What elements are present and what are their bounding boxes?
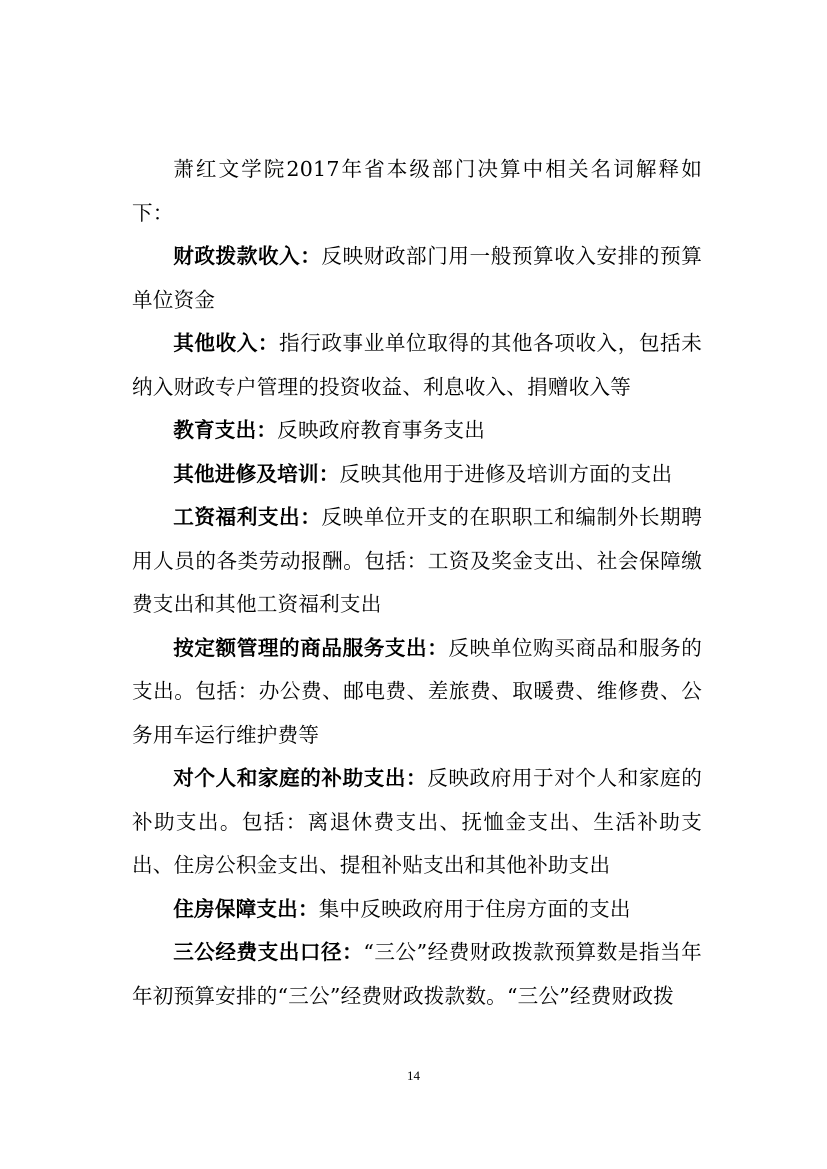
definition-term: 其他收入： [173,331,279,355]
definition-other-training: 其他进修及培训：反映其他用于进修及培训方面的支出 [132,453,702,497]
intro-paragraph: 萧红文学院2017年省本级部门决算中相关名词解释如下： [132,148,702,235]
definition-fiscal-appropriation-income: 财政拨款收入：反映财政部门用一般预算收入安排的预算单位资金 [132,235,702,322]
definition-term: 教育支出： [173,418,277,442]
definition-housing-security: 住房保障支出：集中反映政府用于住房方面的支出 [132,888,702,932]
definition-text: 集中反映政府用于住房方面的支出 [319,897,631,921]
definition-term: 对个人和家庭的补助支出： [173,766,427,790]
definition-term: 住房保障支出： [173,897,319,921]
definition-text: 反映其他用于进修及培训方面的支出 [340,462,673,486]
definition-goods-services: 按定额管理的商品服务支出：反映单位购买商品和服务的支出。包括：办公费、邮电费、差… [132,627,702,758]
definition-wages-welfare: 工资福利支出：反映单位开支的在职职工和编制外长期聘用人员的各类劳动报酬。包括：工… [132,496,702,627]
definition-term: 三公经费支出口径： [173,940,363,964]
definition-education-expenditure: 教育支出：反映政府教育事务支出 [132,409,702,453]
definition-term: 财政拨款收入： [173,244,321,268]
definition-term: 按定额管理的商品服务支出： [173,636,448,660]
document-body: 萧红文学院2017年省本级部门决算中相关名词解释如下： 财政拨款收入：反映财政部… [132,148,702,1018]
page-number: 14 [0,1068,827,1084]
definition-term: 其他进修及培训： [173,462,339,486]
definition-other-income: 其他收入：指行政事业单位取得的其他各项收入，包括未纳入财政专户管理的投资收益、利… [132,322,702,409]
definition-three-public-expenses: 三公经费支出口径：“三公”经费财政拨款预算数是指当年年初预算安排的“三公”经费财… [132,931,702,1018]
definition-term: 工资福利支出： [173,505,321,529]
definition-text: 反映政府教育事务支出 [277,418,485,442]
definition-household-subsidies: 对个人和家庭的补助支出：反映政府用于对个人和家庭的补助支出。包括：离退休费支出、… [132,757,702,888]
